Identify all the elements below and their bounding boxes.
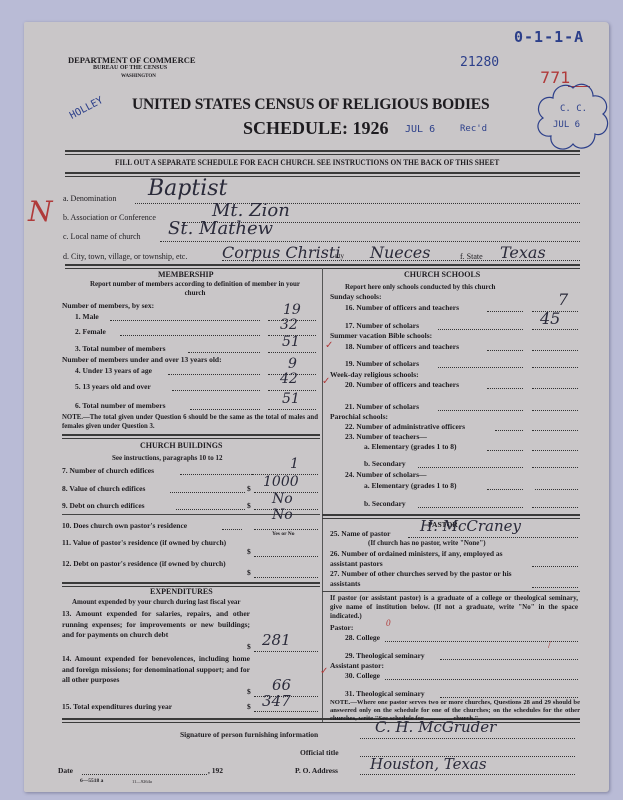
- membership-rule: [62, 434, 320, 439]
- q24b-field[interactable]: [532, 507, 578, 508]
- q15-total-label: 15. Total expenditures during year: [62, 702, 172, 711]
- parochial-schools-label: Parochial schools:: [330, 412, 388, 421]
- sunday-schools-label: Sunday schools:: [330, 292, 381, 301]
- q10-residence-label: 10. Does church own pastor's residence: [62, 521, 187, 530]
- q10-yes-no-hint: Yes or No: [272, 531, 295, 537]
- q8-value-value: 1000: [263, 474, 299, 490]
- denomination-field[interactable]: [135, 203, 580, 204]
- q12-residence-debt-label: 12. Debt on pastor's residence (if owned…: [62, 559, 252, 569]
- church-buildings-subheading: See instructions, paragraphs 10 to 12: [112, 454, 222, 462]
- q25-pastor-name-label: 25. Name of pastor: [330, 529, 390, 538]
- q16-label: 16. Number of officers and teachers: [345, 303, 459, 312]
- q7-edifices-label: 7. Number of church edifices: [62, 466, 154, 475]
- q26-assistants-label: 26. Number of ordained ministers, if any…: [330, 549, 515, 568]
- q31-seminary-label: 31. Theological seminary: [345, 689, 425, 698]
- po-address-value: Houston, Texas: [370, 755, 487, 773]
- q20-label: 20. Number of officers and teachers: [345, 380, 459, 389]
- q28-red-mark: 0: [386, 618, 391, 628]
- header-rule-bottom: [65, 172, 580, 177]
- q24a-label: a. Elementary (grades 1 to 8): [364, 481, 456, 490]
- q29-seminary-label: 29. Theological seminary: [345, 651, 425, 660]
- q29-seminary-field[interactable]: [440, 659, 578, 660]
- cloud-received-stamp-icon: [533, 82, 613, 156]
- date-label: Date: [58, 766, 73, 775]
- q25-hint: (If church has no pastor, write "None"): [368, 539, 486, 547]
- q3-total-field[interactable]: [268, 352, 316, 353]
- q11-dollar-sign: $: [247, 547, 251, 556]
- members-by-age-label: Number of members under and over 13 year…: [62, 355, 222, 364]
- q7-edifices-value: 1: [290, 456, 299, 472]
- file-code-stamp: 0-1-1-A: [514, 28, 584, 46]
- local-name-value: St. Mathew: [168, 218, 273, 239]
- q23a-label: a. Elementary (grades 1 to 8): [364, 442, 456, 451]
- q15-total-field[interactable]: [254, 711, 318, 712]
- membership-note: NOTE.—The total given under Question 6 s…: [62, 414, 318, 431]
- graduate-note: If pastor (or assistant pastor) is a gra…: [330, 594, 578, 621]
- q11-residence-value-label: 11. Value of pastor's residence (if owne…: [62, 538, 252, 548]
- q4-under13-value: 9: [288, 356, 297, 372]
- q10-residence-value: No: [272, 507, 293, 523]
- q4-under13-label: 4. Under 13 years of age: [75, 366, 152, 375]
- serial-number-stamp: 21280: [460, 55, 499, 70]
- signature-label: Signature of person furnishing informati…: [180, 730, 318, 739]
- q29-red-mark: /: [548, 640, 551, 651]
- q24-label: 24. Number of scholars—: [345, 470, 427, 479]
- form-number: 6—5518 a: [80, 778, 103, 784]
- q25-pastor-name-value: H. McCraney: [420, 517, 521, 535]
- q15-total-value: 347: [262, 692, 291, 710]
- summer-schools-label: Summer vacation Bible schools:: [330, 331, 432, 340]
- assistant-pastor-subheading: Assistant pastor:: [330, 661, 384, 670]
- red-check-icon: ✓: [320, 666, 328, 677]
- received-date-stamp: JUL 6: [405, 124, 435, 135]
- official-title-label: Official title: [300, 748, 339, 757]
- q18-field[interactable]: [532, 350, 578, 351]
- q31-seminary-field[interactable]: [440, 697, 578, 698]
- church-schools-heading: CHURCH SCHOOLS: [404, 270, 480, 279]
- received-label-stamp: Rec'd: [460, 124, 487, 134]
- q27-other-churches-label: 27. Number of other churches served by t…: [330, 569, 515, 588]
- pastor-rule: [322, 591, 580, 592]
- po-address-label: P. O. Address: [295, 766, 338, 775]
- q1-male-value: 19: [283, 302, 301, 318]
- signature-field[interactable]: [360, 738, 575, 739]
- weekday-schools-label: Week-day religious schools:: [330, 370, 419, 379]
- q13-expenses-value: 281: [262, 631, 291, 649]
- q17-field[interactable]: [532, 329, 578, 330]
- q30-college-label: 30. College: [345, 671, 380, 680]
- q26-assistants-field[interactable]: [532, 566, 578, 567]
- q23-label: 23. Number of teachers—: [345, 432, 427, 441]
- q9-dollar-sign: $: [247, 501, 251, 510]
- margin-red-mark: N: [28, 195, 53, 228]
- pastor-subheading: Pastor:: [330, 623, 353, 632]
- q17-value: 45: [540, 309, 560, 328]
- q30-college-field[interactable]: [385, 679, 578, 680]
- denomination-label: a. Denomination: [63, 194, 116, 203]
- q27-other-churches-field[interactable]: [532, 587, 578, 588]
- expenditures-subheading: Amount expended by your church during la…: [72, 598, 241, 606]
- q3-total-value: 51: [282, 334, 300, 350]
- membership-heading: MEMBERSHIP: [158, 270, 214, 279]
- q17-label: 17. Number of scholars: [345, 321, 419, 330]
- q8-dollar-sign: $: [247, 484, 251, 493]
- q13-expenses-field[interactable]: [254, 651, 318, 652]
- q28-college-label: 28. College: [345, 633, 380, 642]
- red-check-icon: ✓: [325, 340, 333, 351]
- print-code: 11—9264a: [132, 779, 152, 784]
- cloud-stamp-line1: C. C.: [560, 104, 587, 114]
- q19-label: 19. Number of scholars: [345, 359, 419, 368]
- q15-dollar-sign: $: [247, 702, 251, 711]
- q5-13plus-value: 42: [280, 371, 298, 387]
- cloud-stamp-line2: JUL 6: [553, 120, 580, 130]
- schedule-title: SCHEDULE: 1926: [243, 118, 389, 139]
- q1-male-label: 1. Male: [75, 312, 99, 321]
- q6-total-field[interactable]: [268, 409, 316, 410]
- q18-label: 18. Number of officers and teachers: [345, 342, 459, 351]
- q13-expenses-label: 13. Amount expended for salaries, repair…: [62, 609, 250, 641]
- city-label: WASHINGTON: [121, 74, 156, 79]
- form-title: UNITED STATES CENSUS OF RELIGIOUS BODIES: [132, 96, 489, 114]
- date-field[interactable]: [82, 774, 207, 775]
- q24a-field[interactable]: [535, 489, 578, 490]
- header-rule-top: [65, 150, 580, 155]
- instructions-banner: FILL OUT A SEPARATE SCHEDULE FOR EACH CH…: [115, 158, 499, 167]
- local-name-field[interactable]: [160, 241, 580, 242]
- members-by-sex-label: Number of members, by sex:: [62, 301, 154, 310]
- local-name-label: c. Local name of church: [63, 232, 141, 241]
- q25-pastor-name-field[interactable]: [408, 537, 578, 538]
- column-divider: [322, 268, 323, 723]
- q23b-field[interactable]: [532, 467, 578, 468]
- q2-female-label: 2. Female: [75, 327, 106, 336]
- q13-dollar-sign: $: [247, 642, 251, 651]
- q6-total-label: 6. Total number of members: [75, 401, 166, 410]
- q14-benevolences-label: 14. Amount expended for benevolences, in…: [62, 654, 250, 686]
- q2-female-value: 32: [280, 317, 298, 333]
- church-schools-subheading: Report here only schools conducted by th…: [345, 283, 495, 291]
- county-label: nty: [335, 252, 344, 260]
- q20-field[interactable]: [532, 388, 578, 389]
- membership-subheading: Report number of members according to de…: [80, 280, 310, 298]
- q11-residence-value-field[interactable]: [254, 556, 318, 557]
- q9-debt-label: 9. Debt on church edifices: [62, 501, 145, 510]
- q3-total-label: 3. Total number of members: [75, 344, 166, 353]
- q16-value: 7: [558, 290, 568, 309]
- q5-13plus-label: 5. 13 years old and over: [75, 382, 151, 391]
- q21-field[interactable]: [532, 410, 578, 411]
- q21-label: 21. Number of scholars: [345, 402, 419, 411]
- q23a-field[interactable]: [532, 450, 578, 451]
- q12-residence-debt-field[interactable]: [254, 577, 318, 578]
- q9-debt-value: No: [272, 491, 293, 507]
- association-label: b. Association or Conference: [63, 213, 156, 222]
- q23b-label: b. Secondary: [364, 459, 406, 468]
- po-address-field[interactable]: [360, 774, 575, 775]
- q10-residence-field[interactable]: [254, 529, 318, 530]
- q22-field[interactable]: [532, 430, 578, 431]
- expenditures-heading: EXPENDITURES: [150, 587, 213, 596]
- church-buildings-heading: CHURCH BUILDINGS: [140, 441, 222, 450]
- denomination-value: Baptist: [148, 176, 227, 201]
- red-check-icon: ✓: [322, 376, 330, 387]
- city-label: d. City, town, village, or township, etc…: [63, 252, 187, 261]
- city-field[interactable]: [222, 260, 580, 261]
- bureau-label: BUREAU OF THE CENSUS: [93, 65, 167, 71]
- q6-total-value: 51: [282, 391, 300, 407]
- q22-label: 22. Number of administrative officers: [345, 422, 465, 431]
- date-suffix: , 192: [208, 766, 223, 775]
- q24b-label: b. Secondary: [364, 499, 406, 508]
- q14-dollar-sign: $: [247, 687, 251, 696]
- q19-field[interactable]: [532, 367, 578, 368]
- q8-value-label: 8. Value of church edifices: [62, 484, 145, 493]
- signature-value: C. H. McGruder: [375, 718, 496, 736]
- q12-dollar-sign: $: [247, 568, 251, 577]
- department-label: DEPARTMENT OF COMMERCE: [68, 55, 196, 65]
